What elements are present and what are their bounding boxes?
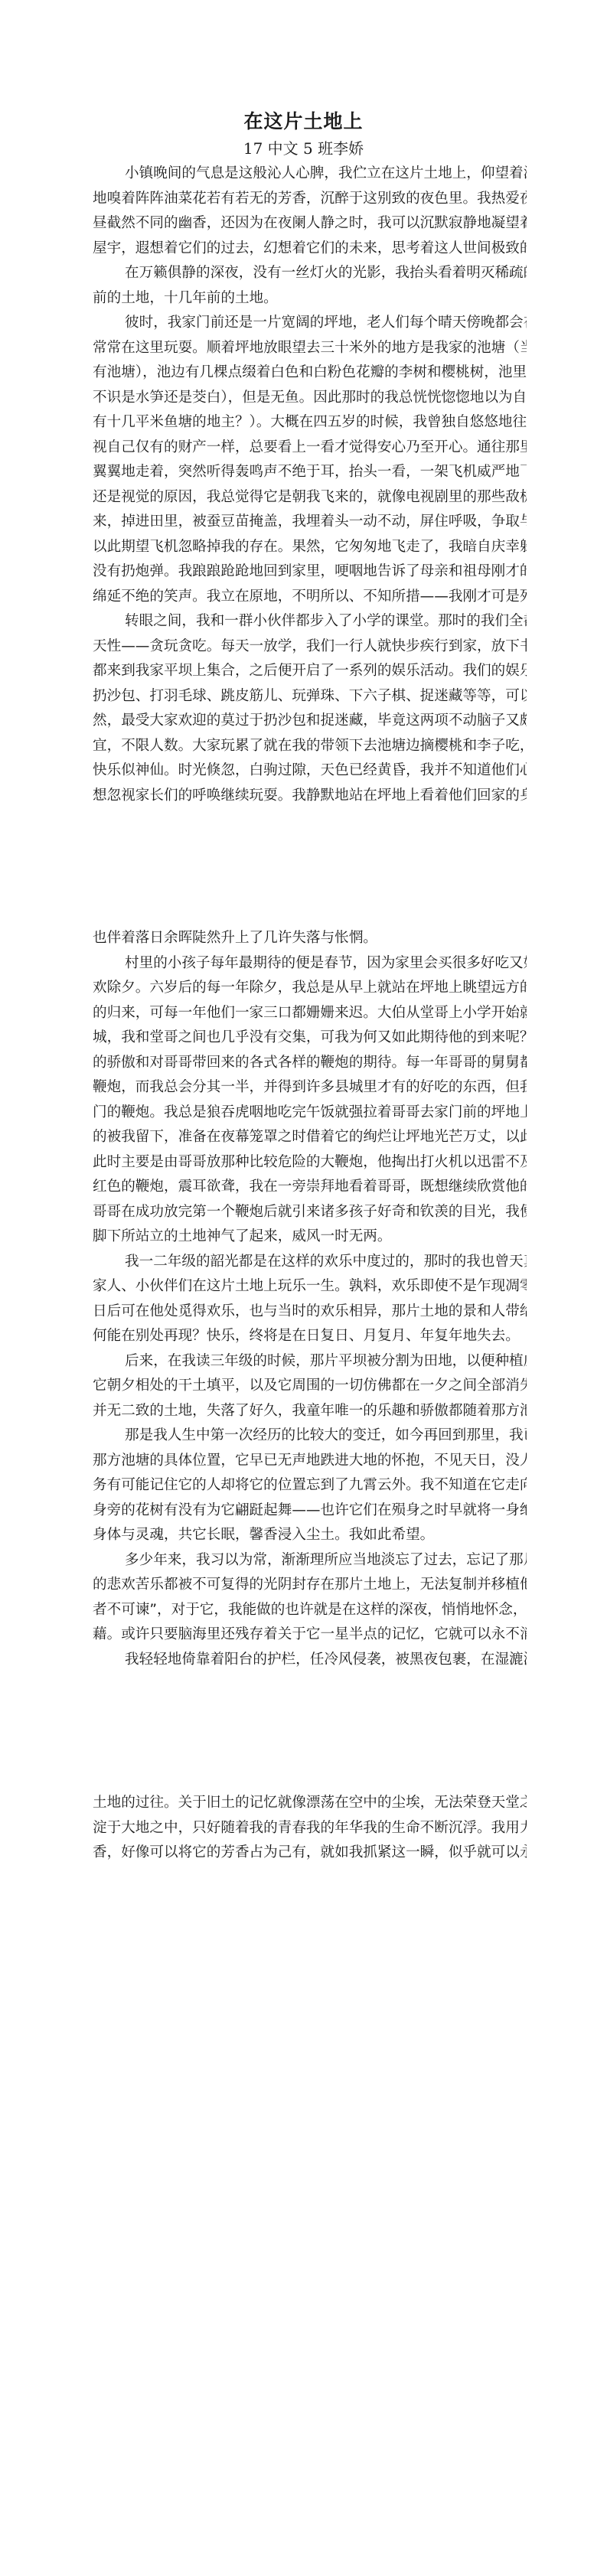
text-line: 也伴着落日余晖陡然升上了几许失落与怅惘。 (93, 926, 527, 951)
text-line: 以此期望飞机忽略掉我的存在。果然，它匆匆地飞走了，我暗自庆幸躲过了一劫——还好它 (93, 535, 527, 560)
text-line: 此时主要是由哥哥放那种比较危险的大鞭炮，他掏出打火机以迅雷不及掩耳之势放了一个大 (93, 1150, 527, 1176)
text-line: 扔沙包、打羽毛球、跳皮筋儿、玩弹珠、下六子棋、捉迷藏等等，可以一个星期不重复。当 (93, 684, 527, 709)
text-line: 那方池塘的具体位置，它早已无声地跌进大地的怀抱，不见天日，没人将它记住，唯一有义 (93, 1449, 527, 1474)
text-line: 的悲欢苦乐都被不可复得的光阴封存在那片土地上，无法复制并移植他处。我束手无策，“… (93, 1573, 527, 1598)
text-line: 何能在别处再现？快乐，终将是在日复日、月复月、年复年地失去。 (93, 1324, 527, 1349)
text-line: 绵延不绝的笑声。我立在原地，不明所以、不知所措——我刚才可是死里逃生呢！ (93, 585, 527, 610)
body-block-page-1: 小镇晚间的气息是这般沁人心脾，我伫立在这片土地上，仰望着深深的夜空，轻轻地嗅着阵… (93, 161, 527, 808)
text-line: 前的土地，十几年前的土地。 (93, 286, 527, 311)
text-line: 在万籁俱静的深夜，没有一丝灯火的光影，我抬头看着明灭稀疏的星辰，想起了故乡从 (93, 261, 527, 286)
text-line: 欢除夕。六岁后的每一年除夕，我总是从早上就站在坪地上眺望远方的石子路，期待着堂哥 (93, 976, 527, 1001)
text-line: 香，好像可以将它的芳香占为己有，就如我抓紧这一瞬，似乎就可以永远不失去。 (93, 1841, 527, 1866)
body-block-page-2: 也伴着落日余晖陡然升上了几许失落与怅惘。村里的小孩子每年最期待的便是春节，因为家… (93, 926, 527, 1672)
text-line: 务有可能记住它的人却将它的位置忘到了九霄云外。我不知道在它走向黑暗归途的那天，它 (93, 1473, 527, 1498)
text-line: 红色的鞭炮，震耳欲聋，我在一旁崇拜地看着哥哥，既想继续欣赏他的勇敢，又怕他受伤。 (93, 1175, 527, 1200)
text-line: 快乐似神仙。时光倏忽，白驹过隙，天色已经黄昏，我并不知道他们心中是否有不舍，是否 (93, 758, 527, 784)
text-line: 家人、小伙伴们在这片土地上玩乐一生。孰料，欢乐即使不是乍现凋零，也终将消逝，尽管 (93, 1274, 527, 1299)
text-line: 者不可谏”，对于它，我能做的也许就是在这样的深夜，悄悄地怀念，轻轻地唏嘘，聊以慰 (93, 1598, 527, 1623)
text-line: 昼截然不同的幽香，还因为在夜阑人静之时，我可以沉默寂静地凝望着笼罩在夜幕中的幢幢 (93, 211, 527, 236)
text-line: 的骄傲和对哥哥带回来的各式各样的鞭炮的期待。每一年哥哥的舅舅都会给他买上百块钱的 (93, 1051, 527, 1076)
text-line: 土地的过往。关于旧土的记忆就像漂荡在空中的尘埃，无法荣登天堂之上，也不能安然地沉 (93, 1791, 527, 1816)
text-line: 那是我人生中第一次经历的比较大的变迁，如今再回到那里，我已无法具体地指出曾经 (93, 1423, 527, 1449)
text-line: 日后可在他处觅得欢乐，也与当时的欢乐相异，那片土地的景和人带给我的欢乐与回忆又如 (93, 1299, 527, 1325)
author-byline: 17 中文 5 班李娇 (0, 136, 607, 158)
text-line: 屋宇，遐想着它们的过去，幻想着它们的未来，思考着这人世间极致的快乐与难解的奥秘。 (93, 236, 527, 262)
body-block-page-3: 土地的过往。关于旧土的记忆就像漂荡在空中的尘埃，无法荣登天堂之上，也不能安然地沉… (93, 1791, 527, 1866)
text-line: 门的鞭炮。我总是狼吞虎咽地吃完午饭就强拉着哥哥去家门前的坪地上放各种鞭炮，烟花类 (93, 1101, 527, 1126)
page-title: 在这片土地上 (0, 106, 607, 134)
text-line: 的被我留下，准备在夜幕笼罩之时借着它的绚烂让坪地光芒万丈，以此收获其他小孩的赞叹… (93, 1125, 527, 1150)
text-line: 还是视觉的原因，我总觉得它是朝我飞来的，就像电视剧里的那些敌机一样，我吓得跑了起 (93, 485, 527, 510)
text-line: 村里的小孩子每年最期待的便是春节，因为家里会买很多好吃又好玩的东西，而我更喜 (93, 951, 527, 977)
text-line: 我一二年级的韶光都是在这样的欢乐中度过的，那时的我也曾天真地想着要如此这般和 (93, 1250, 527, 1275)
text-line: 有池塘），池边有几棵点缀着白色和白粉色花瓣的李树和樱桃树，池里有绿油油的笋（一直 (93, 360, 527, 386)
text-line: 常常在这里玩耍。顺着坪地放眼望去三十米外的地方是我家的池塘（当时方圆几十里就我家 (93, 336, 527, 361)
text-line: 脚下所站立的土地神气了起来，威风一时无两。 (93, 1224, 527, 1250)
text-line: 的归来，可每一年他们一家三口都姗姗来迟。大伯从堂哥上小学开始就搬离了这里，去了县 (93, 1001, 527, 1026)
text-line: 都来到我家平坝上集合，之后便开启了一系列的娱乐活动。我们的娱乐项目甚多，“跳房子… (93, 659, 527, 684)
text-line: 鞭炮，而我总会分其一半，并得到许多县城里才有的好吃的东西，但我最喜欢的还是五花八 (93, 1075, 527, 1101)
text-line: 地嗅着阵阵油菜花若有若无的芳香，沉醉于这别致的夜色里。我热爱夜晚，不仅因为这与白 (93, 187, 527, 212)
text-line: 有十几平米鱼塘的地主？）。大概在四五岁的时候，我曾独自悠悠地往池塘走去，就像去巡 (93, 410, 527, 435)
text-line: 后来，在我读三年级的时候，那片平坝被分割为田地，以便种植庄稼，那片池塘也被与 (93, 1349, 527, 1374)
text-line: 藉。或许只要脑海里还残存着关于它一星半点的记忆，它就可以永不消逝。 (93, 1622, 527, 1648)
text-line: 转眼之间，我和一群小伙伴都步入了小学的课堂。那时的我们全都秉承了小孩子一贯的 (93, 609, 527, 634)
text-line: 想忽视家长们的呼唤继续玩耍。我静默地站在坪地上看着他们回家的身影被越拉越长，心里 (93, 784, 527, 809)
text-line: 天性——贪玩贪吃。每天一放学，我们一行人就快步疾行到家，放下书包，转身冲出家门， (93, 634, 527, 660)
text-line: 彼时，我家门前还是一片宽阔的坪地，老人们每个晴天傍晚都会在这里闲谈，孩子们也 (93, 311, 527, 336)
text-line: 视自己仅有的财产一样，总要看上一看才觉得安心乃至开心。通往那里的田坎很窄，我小心 (93, 435, 527, 461)
text-line: 城，我和堂哥之间也几乎没有交集，可我为何又如此期待他的到来呢？这其中包含着我小小 (93, 1026, 527, 1051)
text-line: 然，最受大家欢迎的莫过于扔沙包和捉迷藏，毕竟这两项不动脑子又颇为有趣，况且男女皆 (93, 709, 527, 734)
text-line: 淀于大地之中，只好随着我的青春我的年华我的生命不断沉浮。我用力地细嗅着油菜花的清 (93, 1816, 527, 1841)
text-line: 翼翼地走着，突然听得轰鸣声不绝于耳，抬头一看，一架飞机威严地飞过，不知是因为年龄 (93, 460, 527, 485)
text-line: 我轻轻地倚靠着阳台的护栏，任冷风侵袭，被黑夜包裹，在湿漉漉的空气里冥想着这片 (93, 1648, 527, 1673)
text-line: 它朝夕相处的干土填平，以及它周围的一切仿佛都在一夕之间全部消失。我望着门前与别处 (93, 1374, 527, 1399)
text-line: 宜，不限人数。大家玩累了就在我的带领下去池塘边摘樱桃和李子吃，真可谓是有玩又有吃… (93, 734, 527, 759)
text-line: 小镇晚间的气息是这般沁人心脾，我伫立在这片土地上，仰望着深深的夜空，轻轻 (93, 161, 527, 187)
text-line: 不识是水笋还是茭白），但是无鱼。因此那时的我总恍恍惚惚地以为自己家是地主（一个拥 (93, 386, 527, 411)
text-line: 哥哥在成功放完第一个鞭炮后就引来诸多孩子好奇和钦羡的目光，我便也借着哥哥的英勇和 (93, 1200, 527, 1225)
text-line: 多少年来，我习以为常，渐渐理所应当地淡忘了过去，忘记了那片土地，但我童年所有 (93, 1548, 527, 1573)
text-line: 身旁的花树有没有为它翩跹起舞——也许它们在殒身之时早就将一身绝世的美融入了它的 (93, 1498, 527, 1524)
text-line: 身体与灵魂，共它长眠，馨香浸入尘土。我如此希望。 (93, 1523, 527, 1548)
text-line: 来，掉进田里，被蚕豆苗掩盖，我埋着头一动不动，屏住呼吸，争取与周围的一切浑然一体… (93, 510, 527, 535)
text-line: 并无二致的土地，失落了好久，我童年唯一的乐趣和骄傲都随着那方池水被泥土永远埋葬。 (93, 1399, 527, 1424)
text-line: 没有扔炮弹。我踉踉跄跄地回到家里，哽咽地告诉了母亲和祖母刚才的惊心动魄，却获得了 (93, 559, 527, 585)
